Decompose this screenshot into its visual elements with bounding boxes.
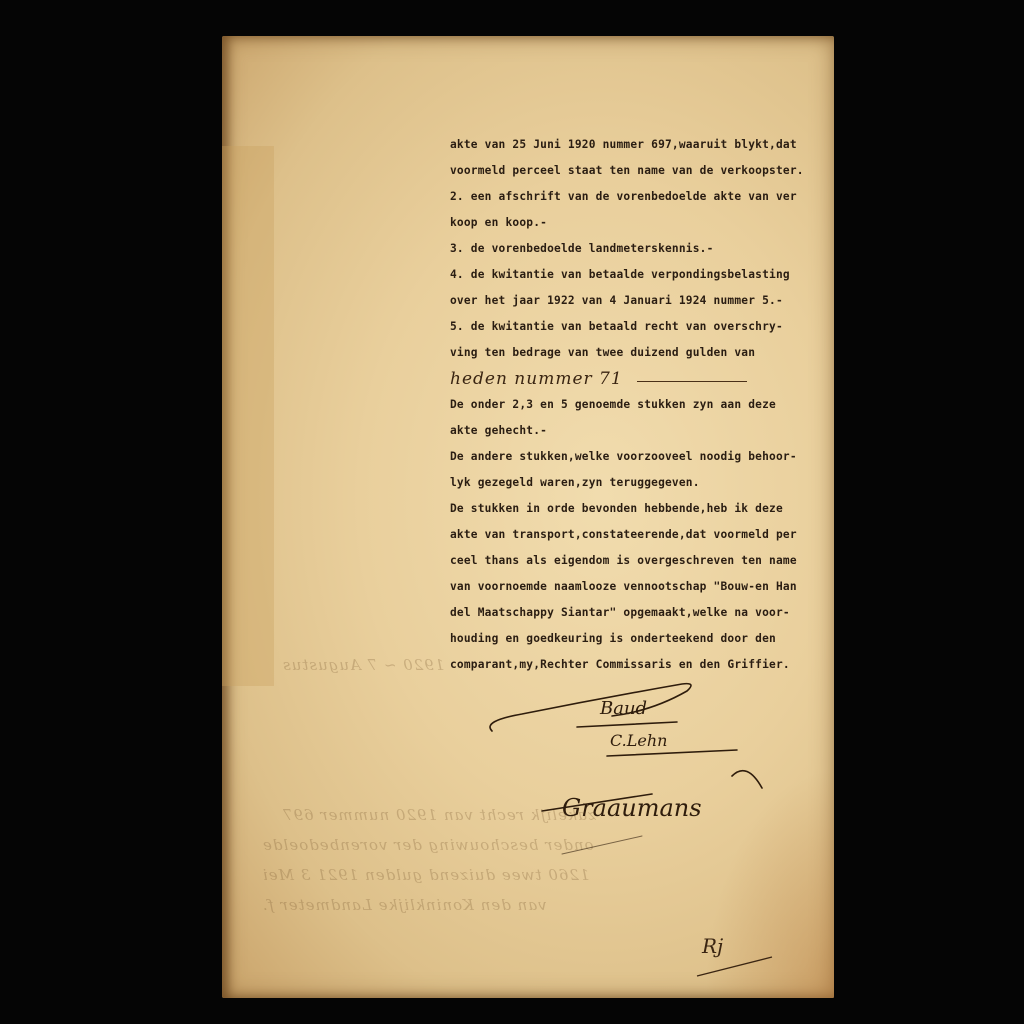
typed-line: De andere stukken,welke voorzooveel nood… (450, 444, 840, 470)
typed-line: lyk gezegeld waren,zyn teruggegeven. (450, 470, 840, 496)
svg-text:Baud: Baud (599, 698, 647, 719)
typed-line: over het jaar 1922 van 4 Januari 1924 nu… (450, 288, 840, 314)
typed-line: ving ten bedrage van twee duizend gulden… (450, 340, 840, 366)
bleed-through-text: van den Koninklijke Landmeter f. (262, 896, 547, 914)
typed-line: 3. de vorenbedoelde landmeterskennis.- (450, 236, 840, 262)
handwritten-line: heden nummer 71 (450, 366, 840, 392)
svg-text:Graaumans: Graaumans (562, 794, 702, 822)
typed-line: akte van transport,constateerende,dat vo… (450, 522, 840, 548)
typed-line: ceel thans als eigendom is overgeschreve… (450, 548, 840, 574)
hand-rule (637, 381, 747, 382)
typed-line: De stukken in orde bevonden hebbende,heb… (450, 496, 840, 522)
typed-line: 4. de kwitantie van betaalde verpondings… (450, 262, 840, 288)
initials-stroke (692, 951, 782, 981)
bleed-through-text: 1920 ~ 7 Augustus (282, 656, 444, 674)
typed-line: houding en goedkeuring is onderteekend d… (450, 626, 840, 652)
document-page: 1920 ~ 7 Augustus zakelijk recht van 192… (222, 36, 834, 998)
typed-line: akte van 25 Juni 1920 nummer 697,waaruit… (450, 132, 840, 158)
bleed-through-text: 1260 twee duizend gulden 1921 3 Mei (262, 866, 589, 884)
signature-baud (490, 684, 691, 731)
typed-line: 5. de kwitantie van betaald recht van ov… (450, 314, 840, 340)
typed-line: del Maatschappy Siantar" opgemaakt,welke… (450, 600, 840, 626)
paper-tab-strip (222, 146, 274, 686)
signatures: Baud C.Lehn Graaumans (482, 676, 802, 856)
typed-line: akte gehecht.- (450, 418, 840, 444)
typed-line: 2. een afschrift van de vorenbedoelde ak… (450, 184, 840, 210)
svg-text:C.Lehn: C.Lehn (610, 731, 667, 750)
typed-line: voormeld perceel staat ten name van de v… (450, 158, 840, 184)
typed-line: van voornoemde naamlooze vennootschap "B… (450, 574, 840, 600)
typed-line: koop en koop.- (450, 210, 840, 236)
typed-line: De onder 2,3 en 5 genoemde stukken zyn a… (450, 392, 840, 418)
typed-line: comparant,my,Rechter Commissaris en den … (450, 652, 840, 678)
typed-body: akte van 25 Juni 1920 nummer 697,waaruit… (450, 132, 840, 678)
handwritten-insert: heden nummer 71 (450, 369, 623, 389)
